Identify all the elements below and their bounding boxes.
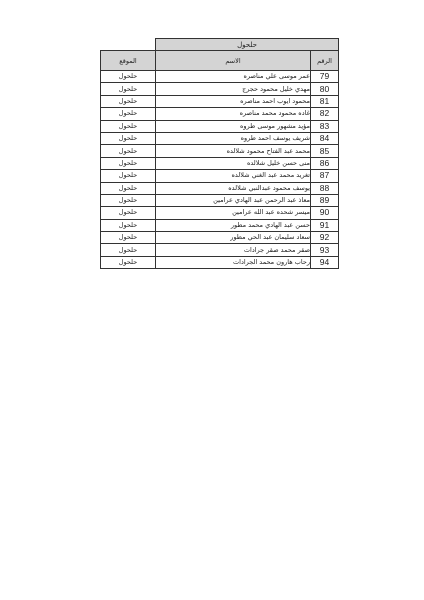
row-number: 79 (311, 71, 339, 83)
document-page: حلحول الرقم الاسم الموقع 79عمر موسى علي … (0, 0, 424, 600)
row-number: 91 (311, 219, 339, 231)
table-row: 88يوسف محمود عبدالنبي شلالدهحلحول (101, 182, 339, 194)
table-row: 87تغريد محمد عبد الغني شلالدهحلحول (101, 170, 339, 182)
column-header-location: الموقع (101, 51, 156, 71)
row-name: محمد عبد الفتاح محمود شلالده (156, 145, 311, 157)
table-row: 85محمد عبد الفتاح محمود شلالدهحلحول (101, 145, 339, 157)
row-name: ميسر شحده عبد الله عرامين (156, 207, 311, 219)
table-row: 93صقر محمد صقر جراداتحلحول (101, 244, 339, 256)
row-number: 80 (311, 83, 339, 95)
row-name: معاذ عبد الرحمن عبد الهادي عرامين (156, 194, 311, 206)
row-name: تغريد محمد عبد الغني شلالده (156, 170, 311, 182)
row-name: غاده محمود محمد مناصره (156, 108, 311, 120)
row-location: حلحول (101, 120, 156, 132)
row-number: 88 (311, 182, 339, 194)
row-number: 82 (311, 108, 339, 120)
row-number: 86 (311, 157, 339, 169)
row-location: حلحول (101, 256, 156, 268)
group-header-cell: حلحول (156, 39, 339, 51)
row-location: حلحول (101, 207, 156, 219)
table-row: 91حسن عبد الهادي محمد مطورحلحول (101, 219, 339, 231)
row-number: 83 (311, 120, 339, 132)
row-name: حسن عبد الهادي محمد مطور (156, 219, 311, 231)
row-location: حلحول (101, 95, 156, 107)
row-name: صقر محمد صقر جرادات (156, 244, 311, 256)
row-location: حلحول (101, 71, 156, 83)
row-location: حلحول (101, 170, 156, 182)
row-number: 85 (311, 145, 339, 157)
row-name: منى حسن خليل شلالده (156, 157, 311, 169)
empty-header-cell (101, 39, 156, 51)
column-header-number: الرقم (311, 51, 339, 71)
column-header-name: الاسم (156, 51, 311, 71)
column-header-row: الرقم الاسم الموقع (101, 51, 339, 71)
table-row: 83مؤيد مشهور موسى طروهحلحول (101, 120, 339, 132)
row-location: حلحول (101, 83, 156, 95)
row-number: 87 (311, 170, 339, 182)
row-number: 92 (311, 232, 339, 244)
table-row: 84شريف يوسف احمد طروهحلحول (101, 132, 339, 144)
row-name: شريف يوسف احمد طروه (156, 132, 311, 144)
row-location: حلحول (101, 232, 156, 244)
row-number: 89 (311, 194, 339, 206)
table-row: 89معاذ عبد الرحمن عبد الهادي عرامينحلحول (101, 194, 339, 206)
table-row: 82غاده محمود محمد مناصرهحلحول (101, 108, 339, 120)
table-row: 94رحاب هارون محمد الجراداتحلحول (101, 256, 339, 268)
row-location: حلحول (101, 132, 156, 144)
row-name: رحاب هارون محمد الجرادات (156, 256, 311, 268)
row-number: 90 (311, 207, 339, 219)
row-name: مؤيد مشهور موسى طروه (156, 120, 311, 132)
row-name: يوسف محمود عبدالنبي شلالده (156, 182, 311, 194)
row-location: حلحول (101, 108, 156, 120)
row-name: مهدي خليل محمود حجرج (156, 83, 311, 95)
table-row: 86منى حسن خليل شلالدهحلحول (101, 157, 339, 169)
row-name: عمر موسى علي مناصره (156, 71, 311, 83)
table-row: 80مهدي خليل محمود حجرجحلحول (101, 83, 339, 95)
row-location: حلحول (101, 244, 156, 256)
row-location: حلحول (101, 182, 156, 194)
row-number: 81 (311, 95, 339, 107)
row-location: حلحول (101, 219, 156, 231)
table-row: 92سعاد سليمان عبد الحي مطورحلحول (101, 232, 339, 244)
row-location: حلحول (101, 157, 156, 169)
table-row: 79عمر موسى علي مناصرهحلحول (101, 71, 339, 83)
row-number: 93 (311, 244, 339, 256)
row-name: سعاد سليمان عبد الحي مطور (156, 232, 311, 244)
row-number: 84 (311, 132, 339, 144)
row-location: حلحول (101, 194, 156, 206)
row-number: 94 (311, 256, 339, 268)
group-header-row: حلحول (101, 39, 339, 51)
table-row: 90ميسر شحده عبد الله عرامينحلحول (101, 207, 339, 219)
names-table: حلحول الرقم الاسم الموقع 79عمر موسى علي … (100, 38, 339, 269)
table-row: 81محمود ايوب احمد مناصرهحلحول (101, 95, 339, 107)
row-name: محمود ايوب احمد مناصره (156, 95, 311, 107)
row-location: حلحول (101, 145, 156, 157)
